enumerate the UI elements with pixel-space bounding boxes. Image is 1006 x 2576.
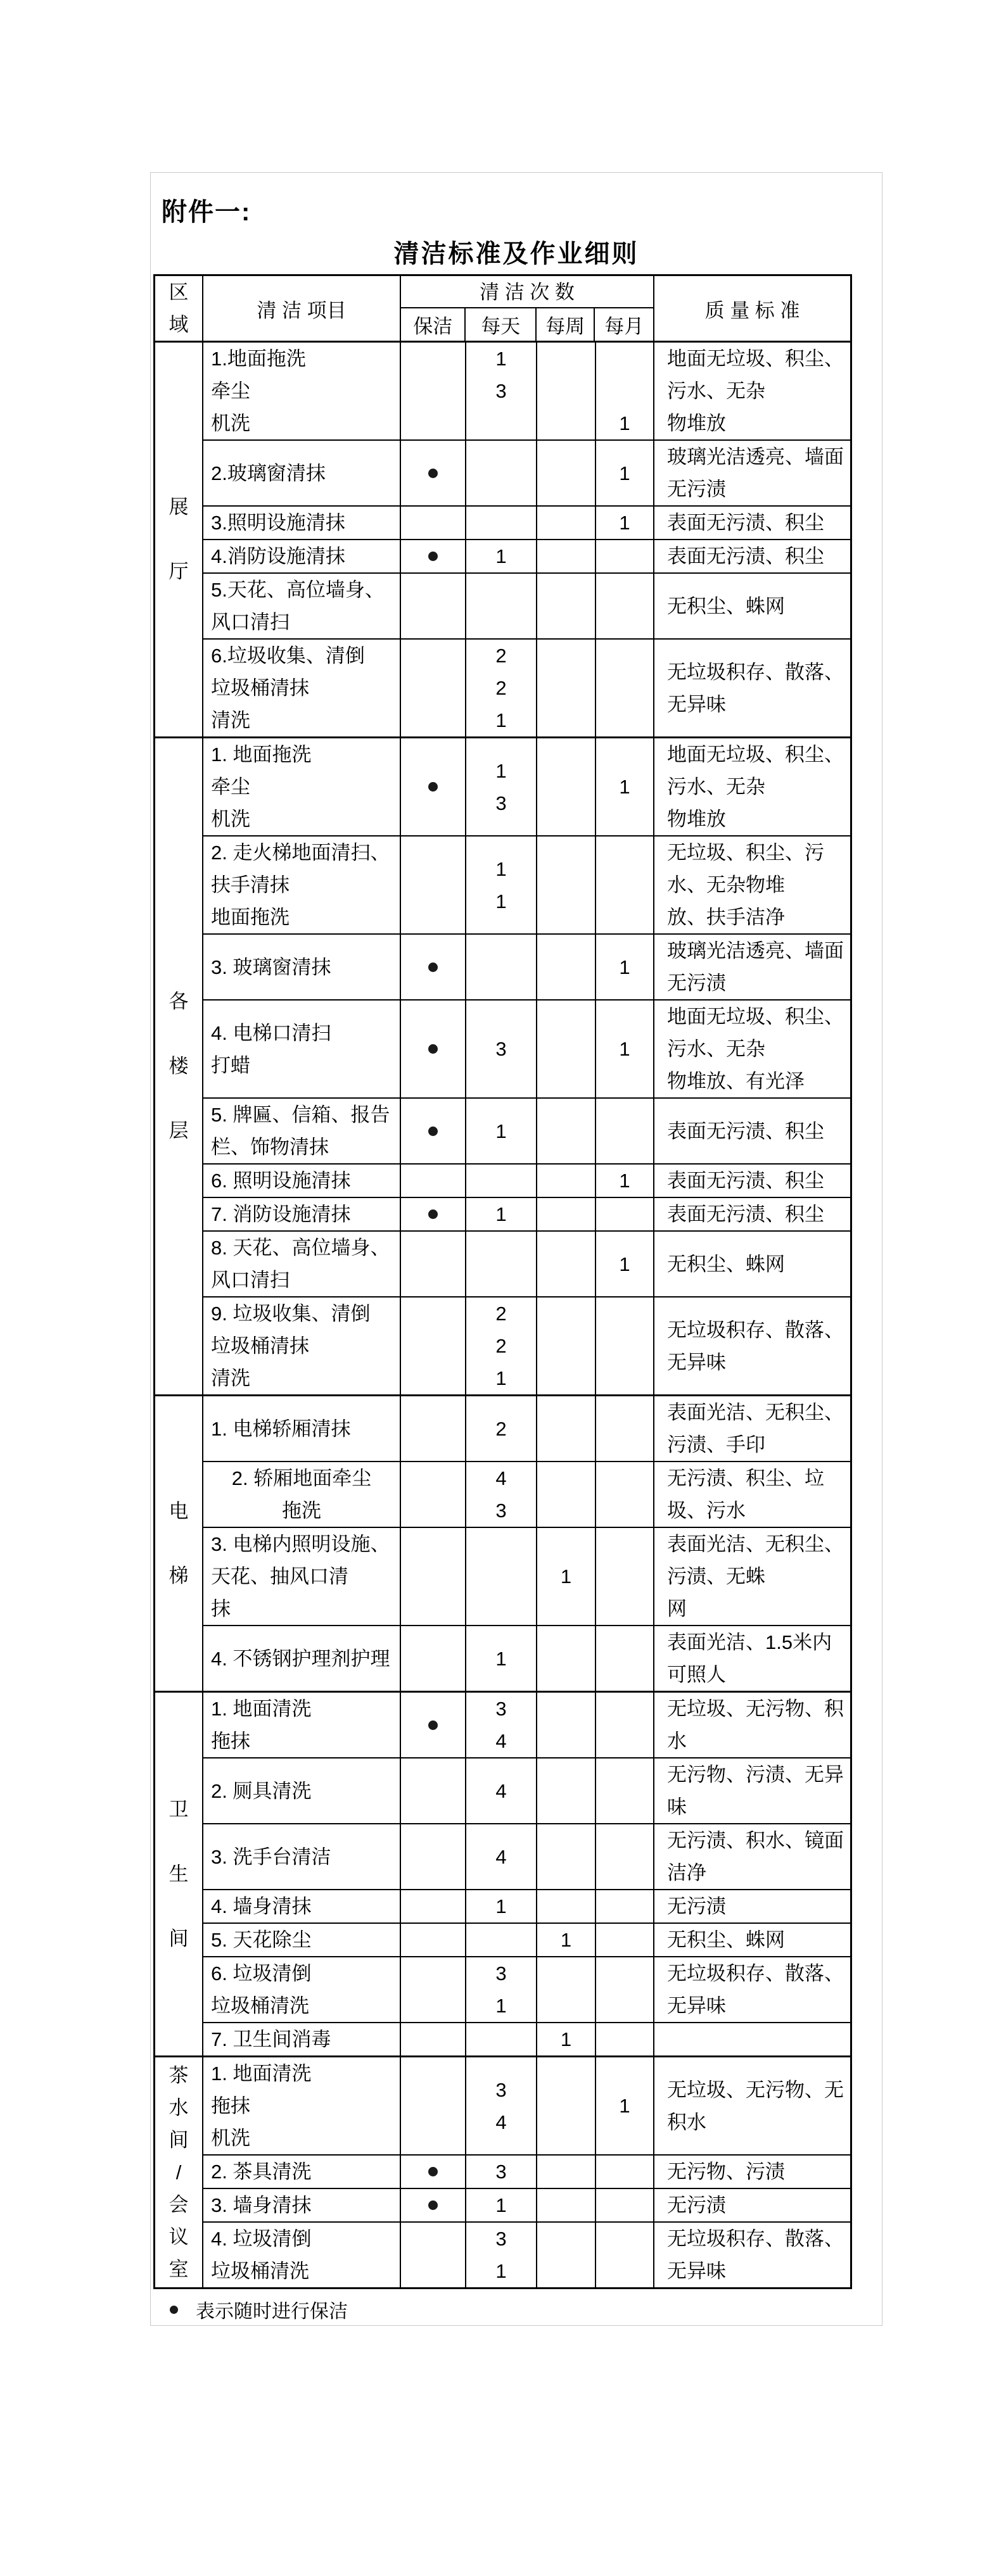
- clean-cell: [401, 1924, 466, 1956]
- quality-cell: 表面无污渍、积尘: [654, 1165, 850, 1197]
- item-line: 垃圾桶清抹: [211, 1330, 400, 1362]
- item-cell: 2. 茶具清洗: [203, 2156, 401, 2188]
- quality-line: 放、扶手洁净: [667, 901, 850, 933]
- quality-line: 味: [667, 1791, 850, 1823]
- item-line: 1. 地面清洗: [211, 1693, 400, 1725]
- monthly-cell: 1: [596, 507, 654, 539]
- weekly-cell: [537, 1001, 596, 1097]
- table-row: 4. 垃圾清倒垃圾桶清洗31无垃圾积存、散落、无异味: [203, 2221, 850, 2287]
- item-line: 拖抹: [211, 2090, 400, 2122]
- table-row: 1. 地面清洗拖抹34无垃圾、无污物、积水: [203, 1693, 850, 1757]
- daily-cell: [466, 441, 537, 505]
- clean-cell: [401, 1824, 466, 1889]
- daily-cell: 1: [466, 1890, 537, 1923]
- item-line: 2. 轿厢地面牵尘: [232, 1462, 371, 1494]
- area-char: 间: [169, 2124, 189, 2156]
- clean-cell: [401, 640, 466, 736]
- quality-line: 表面无污渍、积尘: [667, 507, 850, 539]
- monthly-cell: 1: [596, 2057, 654, 2154]
- clean-cell: [401, 540, 466, 572]
- item-line: 牵尘: [211, 771, 400, 803]
- weekly-cell: [537, 1957, 596, 2022]
- area-char: 会: [169, 2188, 189, 2221]
- table-row: 4.消防设施清抹1表面无污渍、积尘: [203, 539, 850, 572]
- table-row: 3. 墙身清抹1无污渍: [203, 2188, 850, 2221]
- daily-value: 4: [466, 1462, 536, 1494]
- daily-cell: [466, 2023, 537, 2055]
- daily-cell: [466, 935, 537, 999]
- weekly-cell: [537, 2057, 596, 2154]
- area-char: 茶: [169, 2059, 189, 2092]
- daily-cell: 1: [466, 1198, 537, 1230]
- daily-value: 1: [466, 1990, 536, 2022]
- area-cell: 各楼层: [155, 738, 203, 1394]
- clean-dot-icon: [428, 552, 438, 561]
- header-sub-monthly: 每月: [595, 308, 653, 341]
- weekly-cell: [537, 1462, 596, 1527]
- section-rows: 1.地面拖洗牵尘机洗131地面无垃圾、积尘、污水、无杂物堆放2.玻璃窗清抹1玻璃…: [203, 343, 850, 736]
- monthly-cell: [596, 1924, 654, 1956]
- item-line: 风口清扫: [211, 1264, 400, 1296]
- item-cell: 6.垃圾收集、清倒垃圾桶清抹清洗: [203, 640, 401, 736]
- area-char: 各: [169, 969, 189, 1034]
- monthly-cell: 1: [596, 1165, 654, 1197]
- area-char: 卫: [169, 1777, 189, 1842]
- weekly-cell: [537, 343, 596, 439]
- item-cell: 5. 牌匾、信箱、报告栏、饰物清抹: [203, 1099, 401, 1163]
- quality-cell: 无污渍、积水、镜面洁净: [654, 1824, 850, 1889]
- clean-cell: [401, 1001, 466, 1097]
- footnote-text: 表示随时进行保洁: [196, 2295, 348, 2323]
- area-char: 厅: [169, 540, 189, 604]
- item-line: 9. 垃圾收集、清倒: [211, 1297, 400, 1330]
- daily-value: 1: [466, 1890, 536, 1923]
- quality-line: 地面无垃圾、积尘、: [667, 343, 850, 375]
- monthly-cell: 1: [596, 738, 654, 835]
- item-line: 1. 电梯轿厢清抹: [211, 1413, 400, 1445]
- daily-cell: 3: [466, 2156, 537, 2188]
- item-line: 4. 垃圾清倒: [211, 2223, 400, 2255]
- item-line: 8. 天花、高位墙身、: [211, 1232, 400, 1264]
- monthly-cell: [596, 1462, 654, 1527]
- clean-cell: [401, 2057, 466, 2154]
- daily-value: 2: [466, 672, 536, 704]
- daily-value: 2: [466, 1297, 536, 1330]
- monthly-value: 1: [596, 1165, 653, 1197]
- table-row: 1. 电梯轿厢清抹2表面光洁、无积尘、污渍、手印: [203, 1396, 850, 1461]
- clean-cell: [401, 1528, 466, 1625]
- quality-cell: 玻璃光洁透亮、墙面无污渍: [654, 441, 850, 505]
- item-line: 6.垃圾收集、清倒: [211, 640, 400, 672]
- clean-cell: [401, 1099, 466, 1163]
- table-row: 5.天花、高位墙身、风口清扫无积尘、蛛网: [203, 572, 850, 638]
- daily-value: 4: [466, 2106, 536, 2138]
- item-line: 拖抹: [211, 1725, 400, 1757]
- quality-cell: 表面无污渍、积尘: [654, 507, 850, 539]
- clean-dot-icon: [428, 2167, 438, 2176]
- clean-cell: [401, 837, 466, 933]
- quality-cell: 表面无污渍、积尘: [654, 540, 850, 572]
- area-char: 电: [169, 1479, 189, 1544]
- quality-cell: 无垃圾积存、散落、无异味: [654, 1297, 850, 1394]
- table-section: 电梯1. 电梯轿厢清抹2表面光洁、无积尘、污渍、手印2. 轿厢地面牵尘拖洗43无…: [155, 1394, 850, 1691]
- section-rows: 1. 地面清洗拖抹34无垃圾、无污物、积水2. 厕具清洗4无污物、污渍、无异味3…: [203, 1693, 850, 2055]
- daily-cell: 1: [466, 540, 537, 572]
- item-line: 4. 不锈钢护理剂护理: [211, 1643, 400, 1675]
- quality-line: 无垃圾、无污物、积: [667, 1693, 850, 1725]
- item-line: 机洗: [211, 803, 400, 835]
- daily-value: [466, 407, 536, 439]
- quality-line: 网: [667, 1593, 850, 1625]
- quality-line: 洁净: [667, 1857, 850, 1889]
- daily-value: 3: [466, 1957, 536, 1990]
- daily-value: 2: [466, 640, 536, 672]
- table-row: 6. 照明设施清抹1表面无污渍、积尘: [203, 1163, 850, 1197]
- area-char: 展: [169, 475, 189, 540]
- daily-value: 4: [466, 1775, 536, 1807]
- item-cell: 4. 垃圾清倒垃圾桶清洗: [203, 2223, 401, 2287]
- monthly-value: 1: [596, 951, 653, 983]
- clean-cell: [401, 1198, 466, 1230]
- item-line: 机洗: [211, 2122, 400, 2154]
- item-cell: 1.地面拖洗牵尘机洗: [203, 343, 401, 439]
- weekly-cell: [537, 1626, 596, 1691]
- item-line: 6. 垃圾清倒: [211, 1957, 400, 1990]
- monthly-cell: [596, 1957, 654, 2022]
- item-line: 3. 电梯内照明设施、: [211, 1528, 400, 1560]
- daily-value: 3: [466, 2156, 536, 2188]
- clean-cell: [401, 2023, 466, 2055]
- table-section: 茶水间/会议室1. 地面清洗拖抹机洗341无垃圾、无污物、无积水2. 茶具清洗3…: [155, 2055, 850, 2287]
- quality-line: 污渍、手印: [667, 1429, 850, 1461]
- quality-line: 水: [667, 1725, 850, 1757]
- area-cell: 卫生间: [155, 1693, 203, 2055]
- item-cell: 4.消防设施清抹: [203, 540, 401, 572]
- item-cell: 2. 走火梯地面清扫、扶手清抹地面拖洗: [203, 837, 401, 933]
- daily-cell: 34: [466, 1693, 537, 1757]
- daily-cell: [466, 507, 537, 539]
- daily-cell: 4: [466, 1824, 537, 1889]
- daily-cell: 4: [466, 1758, 537, 1823]
- area-char: 生: [169, 1842, 189, 1907]
- clean-cell: [401, 2189, 466, 2221]
- monthly-cell: 1: [596, 1232, 654, 1296]
- daily-value: 3: [466, 1693, 536, 1725]
- daily-value: 1: [466, 853, 536, 885]
- weekly-cell: 1: [537, 1924, 596, 1956]
- weekly-cell: [537, 1824, 596, 1889]
- weekly-cell: [537, 738, 596, 835]
- daily-value: 4: [466, 1841, 536, 1873]
- item-cell: 4. 墙身清抹: [203, 1890, 401, 1923]
- area-char: /: [176, 2156, 182, 2188]
- daily-cell: 1: [466, 2189, 537, 2221]
- daily-value: 3: [466, 787, 536, 819]
- table-row: 4. 电梯口清扫打蜡31地面无垃圾、积尘、污水、无杂物堆放、有光泽: [203, 999, 850, 1097]
- quality-line: 污水、无杂: [667, 771, 850, 803]
- weekly-cell: [537, 1165, 596, 1197]
- daily-value: 1: [466, 1643, 536, 1675]
- item-line: 5.天花、高位墙身、: [211, 574, 400, 606]
- quality-line: 地面无垃圾、积尘、: [667, 738, 850, 771]
- item-line: 6. 照明设施清抹: [211, 1165, 400, 1197]
- weekly-cell: [537, 1758, 596, 1823]
- clean-dot-icon: [428, 1209, 438, 1219]
- weekly-cell: [537, 2156, 596, 2188]
- table-row: 6.垃圾收集、清倒垃圾桶清抹清洗221无垃圾积存、散落、无异味: [203, 638, 850, 736]
- quality-cell: 无污物、污渍: [654, 2156, 850, 2188]
- quality-line: 无污渍、积尘、垃: [667, 1462, 850, 1494]
- item-line: 抹: [211, 1593, 400, 1625]
- footnote: 表示随时进行保洁: [170, 2295, 348, 2323]
- quality-line: 无垃圾积存、散落、: [667, 1957, 850, 1990]
- daily-value: 3: [466, 1033, 536, 1065]
- quality-line: 无污渍: [667, 967, 850, 999]
- weekly-cell: 1: [537, 2023, 596, 2055]
- quality-cell: 无污渍、积尘、垃圾、污水: [654, 1462, 850, 1527]
- item-line: 栏、饰物清抹: [211, 1131, 400, 1163]
- weekly-cell: [537, 507, 596, 539]
- item-cell: 3. 洗手台清洁: [203, 1824, 401, 1889]
- quality-line: 表面无污渍、积尘: [667, 1165, 850, 1197]
- attachment-label: 附件一:: [162, 192, 251, 228]
- quality-line: 无垃圾积存、散落、: [667, 656, 850, 688]
- daily-cell: 1: [466, 1099, 537, 1163]
- daily-value: 1: [466, 885, 536, 918]
- clean-dot-icon: [428, 2200, 438, 2210]
- daily-value: 1: [466, 2255, 536, 2287]
- item-cell: 9. 垃圾收集、清倒垃圾桶清抹清洗: [203, 1297, 401, 1394]
- item-line: 1.地面拖洗: [211, 343, 400, 375]
- area-char: 间: [169, 1907, 189, 1971]
- item-line: 拖洗: [282, 1494, 321, 1527]
- area-char: 水: [169, 2092, 189, 2124]
- quality-line: 地面无垃圾、积尘、: [667, 1001, 850, 1033]
- daily-cell: 221: [466, 640, 537, 736]
- quality-cell: 无垃圾、无污物、积水: [654, 1693, 850, 1757]
- quality-line: 表面光洁、无积尘、: [667, 1528, 850, 1560]
- table-row: 6. 垃圾清倒垃圾桶清洗31无垃圾积存、散落、无异味: [203, 1956, 850, 2022]
- clean-cell: [401, 1890, 466, 1923]
- section-rows: 1. 地面清洗拖抹机洗341无垃圾、无污物、无积水2. 茶具清洗3无污物、污渍3…: [203, 2057, 850, 2287]
- monthly-cell: [596, 2223, 654, 2287]
- quality-line: 无积尘、蛛网: [667, 1248, 850, 1280]
- item-cell: 4. 电梯口清扫打蜡: [203, 1001, 401, 1097]
- header-frequency: 清 洁 次 数: [401, 276, 653, 308]
- quality-line: 无异味: [667, 1346, 850, 1379]
- quality-line: 表面无污渍、积尘: [667, 1115, 850, 1147]
- quality-line: 积水: [667, 2106, 850, 2138]
- quality-line: 玻璃光洁透亮、墙面: [667, 441, 850, 473]
- monthly-cell: [596, 2023, 654, 2055]
- daily-value: 1: [466, 755, 536, 787]
- area-char: 议: [169, 2221, 189, 2253]
- item-cell: 7. 消防设施清抹: [203, 1198, 401, 1230]
- weekly-cell: [537, 540, 596, 572]
- clean-cell: [401, 935, 466, 999]
- quality-line: 表面光洁、1.5米内: [667, 1626, 850, 1658]
- item-line: 机洗: [211, 407, 400, 439]
- item-line: 7. 消防设施清抹: [211, 1198, 400, 1230]
- item-cell: 1. 地面清洗拖抹机洗: [203, 2057, 401, 2154]
- table-section: 卫生间1. 地面清洗拖抹34无垃圾、无污物、积水2. 厕具清洗4无污物、污渍、无…: [155, 1691, 850, 2055]
- item-line: 4. 墙身清抹: [211, 1890, 400, 1923]
- area-cell: 茶水间/会议室: [155, 2057, 203, 2287]
- monthly-cell: [596, 640, 654, 736]
- daily-value: 3: [466, 375, 536, 407]
- weekly-cell: [537, 935, 596, 999]
- weekly-cell: [537, 1232, 596, 1296]
- table-row: 7. 卫生间消毒1: [203, 2022, 850, 2055]
- daily-cell: 3: [466, 1001, 537, 1097]
- quality-line: 表面无污渍、积尘: [667, 1198, 850, 1230]
- item-line: 7. 卫生间消毒: [211, 2023, 400, 2055]
- monthly-cell: [596, 837, 654, 933]
- monthly-cell: [596, 1297, 654, 1394]
- item-line: 3. 洗手台清洁: [211, 1841, 400, 1873]
- item-cell: 2. 厕具清洗: [203, 1758, 401, 1823]
- quality-line: 无异味: [667, 1990, 850, 2022]
- table-row: 2. 厕具清洗4无污物、污渍、无异味: [203, 1757, 850, 1823]
- clean-cell: [401, 574, 466, 638]
- clean-cell: [401, 1396, 466, 1461]
- quality-cell: 表面光洁、1.5米内可照人: [654, 1626, 850, 1691]
- monthly-cell: [596, 1824, 654, 1889]
- header-frequency-subrow: 保洁 每天 每周 每月: [401, 308, 653, 341]
- header-area: 区 域: [155, 276, 203, 341]
- daily-cell: 1: [466, 1626, 537, 1691]
- page: 附件一: 清洁标准及作业细则 区 域 清 洁 项目 清 洁 次 数 保洁 每天 …: [150, 172, 882, 2326]
- item-line: 垃圾桶清抹: [211, 672, 400, 704]
- quality-line: 物堆放: [667, 803, 850, 835]
- clean-dot-icon: [428, 469, 438, 478]
- weekly-cell: [537, 574, 596, 638]
- document-canvas: 附件一: 清洁标准及作业细则 区 域 清 洁 项目 清 洁 次 数 保洁 每天 …: [0, 0, 1006, 2576]
- monthly-cell: [596, 1528, 654, 1625]
- table-row: 2. 茶具清洗3无污物、污渍: [203, 2154, 850, 2188]
- weekly-value: 1: [537, 1560, 595, 1593]
- item-line: 地面拖洗: [211, 901, 400, 933]
- quality-cell: 玻璃光洁透亮、墙面无污渍: [654, 935, 850, 999]
- clean-cell: [401, 1232, 466, 1296]
- item-line: 3. 墙身清抹: [211, 2189, 400, 2221]
- item-cell: 1. 地面清洗拖抹: [203, 1693, 401, 1757]
- item-line: 5. 天花除尘: [211, 1924, 400, 1956]
- quality-line: 无异味: [667, 2255, 850, 2287]
- quality-cell: 无垃圾积存、散落、无异味: [654, 1957, 850, 2022]
- table-row: 3. 玻璃窗清抹1玻璃光洁透亮、墙面无污渍: [203, 933, 850, 999]
- quality-line: 物堆放、有光泽: [667, 1065, 850, 1097]
- monthly-cell: [596, 1099, 654, 1163]
- daily-cell: [466, 1528, 537, 1625]
- weekly-cell: 1: [537, 1528, 596, 1625]
- monthly-cell: [596, 1758, 654, 1823]
- quality-cell: 无污渍: [654, 1890, 850, 1923]
- monthly-cell: [596, 1626, 654, 1691]
- item-line: 4. 电梯口清扫: [211, 1017, 400, 1049]
- quality-cell: 表面无污渍、积尘: [654, 1198, 850, 1230]
- monthly-value: 1: [596, 771, 653, 803]
- cleaning-standards-table: 区 域 清 洁 项目 清 洁 次 数 保洁 每天 每周 每月 质 量 标 准 展…: [153, 274, 852, 2289]
- quality-cell: 无垃圾积存、散落、无异味: [654, 2223, 850, 2287]
- daily-cell: 31: [466, 1957, 537, 2022]
- quality-line: 无污渍: [667, 1890, 850, 1923]
- table-row: 7. 消防设施清抹1表面无污渍、积尘: [203, 1197, 850, 1230]
- weekly-value: 1: [537, 2023, 595, 2055]
- daily-cell: [466, 1165, 537, 1197]
- area-char: 梯: [169, 1544, 189, 1608]
- daily-value: 4: [466, 1725, 536, 1757]
- item-cell: 2.玻璃窗清抹: [203, 441, 401, 505]
- item-cell: 5. 天花除尘: [203, 1924, 401, 1956]
- weekly-cell: [537, 1693, 596, 1757]
- monthly-cell: [596, 540, 654, 572]
- quality-line: 玻璃光洁透亮、墙面: [667, 935, 850, 967]
- daily-value: 2: [466, 1330, 536, 1362]
- daily-value: 2: [466, 1413, 536, 1445]
- clean-cell: [401, 1957, 466, 2022]
- clean-dot-icon: [428, 782, 438, 792]
- area-char: 楼: [169, 1034, 189, 1099]
- daily-value: 1: [466, 704, 536, 736]
- item-line: 天花、抽风口清: [211, 1560, 400, 1593]
- weekly-cell: [537, 1099, 596, 1163]
- header-area-line: 区: [169, 276, 189, 308]
- daily-value: 3: [466, 1494, 536, 1527]
- clean-cell: [401, 1462, 466, 1527]
- header-sub-daily: 每天: [466, 308, 536, 341]
- page-title: 清洁标准及作业细则: [151, 234, 882, 270]
- quality-line: 无垃圾积存、散落、: [667, 2223, 850, 2255]
- item-cell: 6. 垃圾清倒垃圾桶清洗: [203, 1957, 401, 2022]
- monthly-value: 1: [596, 2090, 653, 2122]
- daily-cell: 34: [466, 2057, 537, 2154]
- daily-value: 1: [466, 343, 536, 375]
- weekly-cell: [537, 1297, 596, 1394]
- clean-cell: [401, 1758, 466, 1823]
- table-row: 2. 轿厢地面牵尘拖洗43无污渍、积尘、垃圾、污水: [203, 1461, 850, 1527]
- daily-cell: [466, 1232, 537, 1296]
- item-line: 2. 茶具清洗: [211, 2156, 400, 2188]
- clean-dot-icon: [428, 1720, 438, 1730]
- table-row: 9. 垃圾收集、清倒垃圾桶清抹清洗221无垃圾积存、散落、无异味: [203, 1296, 850, 1394]
- weekly-value: 1: [537, 1924, 595, 1956]
- quality-cell: 地面无垃圾、积尘、污水、无杂物堆放: [654, 738, 850, 835]
- quality-line: 表面无污渍、积尘: [667, 540, 850, 572]
- item-cell: 3. 玻璃窗清抹: [203, 935, 401, 999]
- item-line: 打蜡: [211, 1049, 400, 1082]
- table-row: 1.地面拖洗牵尘机洗131地面无垃圾、积尘、污水、无杂物堆放: [203, 343, 850, 439]
- table-row: 1. 地面拖洗牵尘机洗131地面无垃圾、积尘、污水、无杂物堆放: [203, 738, 850, 835]
- area-cell: 电梯: [155, 1396, 203, 1691]
- monthly-value: 1: [596, 1248, 653, 1280]
- monthly-cell: 1: [596, 935, 654, 999]
- monthly-value: [596, 375, 653, 407]
- quality-line: 无污物、污渍: [667, 2156, 850, 2188]
- clean-cell: [401, 343, 466, 439]
- item-line: 牵尘: [211, 375, 400, 407]
- daily-value: 1: [466, 1362, 536, 1394]
- clean-cell: [401, 2223, 466, 2287]
- weekly-cell: [537, 1198, 596, 1230]
- clean-cell: [401, 2156, 466, 2188]
- header-frequency-group: 清 洁 次 数 保洁 每天 每周 每月: [401, 276, 654, 341]
- table-body: 展厅1.地面拖洗牵尘机洗131地面无垃圾、积尘、污水、无杂物堆放2.玻璃窗清抹1…: [155, 341, 850, 2287]
- item-line: 4.消防设施清抹: [211, 540, 400, 572]
- item-line: 1. 地面清洗: [211, 2057, 400, 2090]
- area-cell: 展厅: [155, 343, 203, 736]
- quality-cell: 无污物、污渍、无异味: [654, 1758, 850, 1823]
